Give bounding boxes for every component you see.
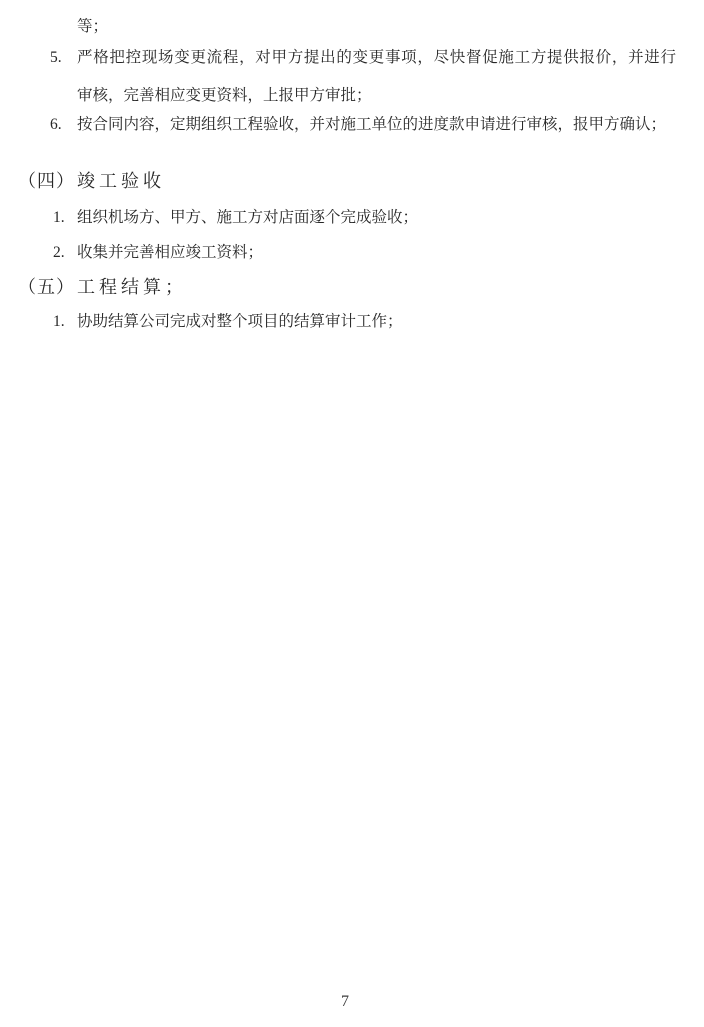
list-number: 1. — [53, 199, 79, 237]
document-page: 等； 5. 严格把控现场变更流程，对甲方提出的变更事项，尽快督促施工方提供报价，… — [0, 0, 704, 1027]
list-item-6: 按合同内容，定期组织工程验收，并对施工单位的进度款申请进行审核，报甲方确认； — [77, 106, 676, 144]
list-item: 组织机场方、甲方、施工方对店面逐个完成验收； — [77, 199, 676, 237]
text-line: 组织机场方、甲方、施工方对店面逐个完成验收； — [77, 199, 676, 237]
text-line: 严格把控现场变更流程，对甲方提出的变更事项，尽快督促施工方提供报价，并进行 — [77, 39, 676, 77]
section-heading-4: （四） 竣工验收 — [18, 161, 165, 201]
text-line: 协助结算公司完成对整个项目的结算审计工作； — [77, 303, 676, 341]
section-title: 竣工验收 — [77, 161, 165, 201]
list-number-6: 6. — [50, 106, 76, 144]
section-label: （五） — [18, 267, 77, 307]
section-label: （四） — [18, 161, 77, 201]
list-item: 协助结算公司完成对整个项目的结算审计工作； — [77, 303, 676, 341]
list-item-5: 严格把控现场变更流程，对甲方提出的变更事项，尽快督促施工方提供报价，并进行 审核… — [77, 39, 676, 115]
list-number: 1. — [53, 303, 79, 341]
page-number: 7 — [0, 991, 690, 1013]
list-number-5: 5. — [50, 39, 76, 77]
text-line: 按合同内容，定期组织工程验收，并对施工单位的进度款申请进行审核，报甲方确认； — [77, 106, 676, 144]
section-heading-5: （五） 工程结算； — [18, 267, 187, 307]
section-title: 工程结算； — [77, 267, 187, 307]
